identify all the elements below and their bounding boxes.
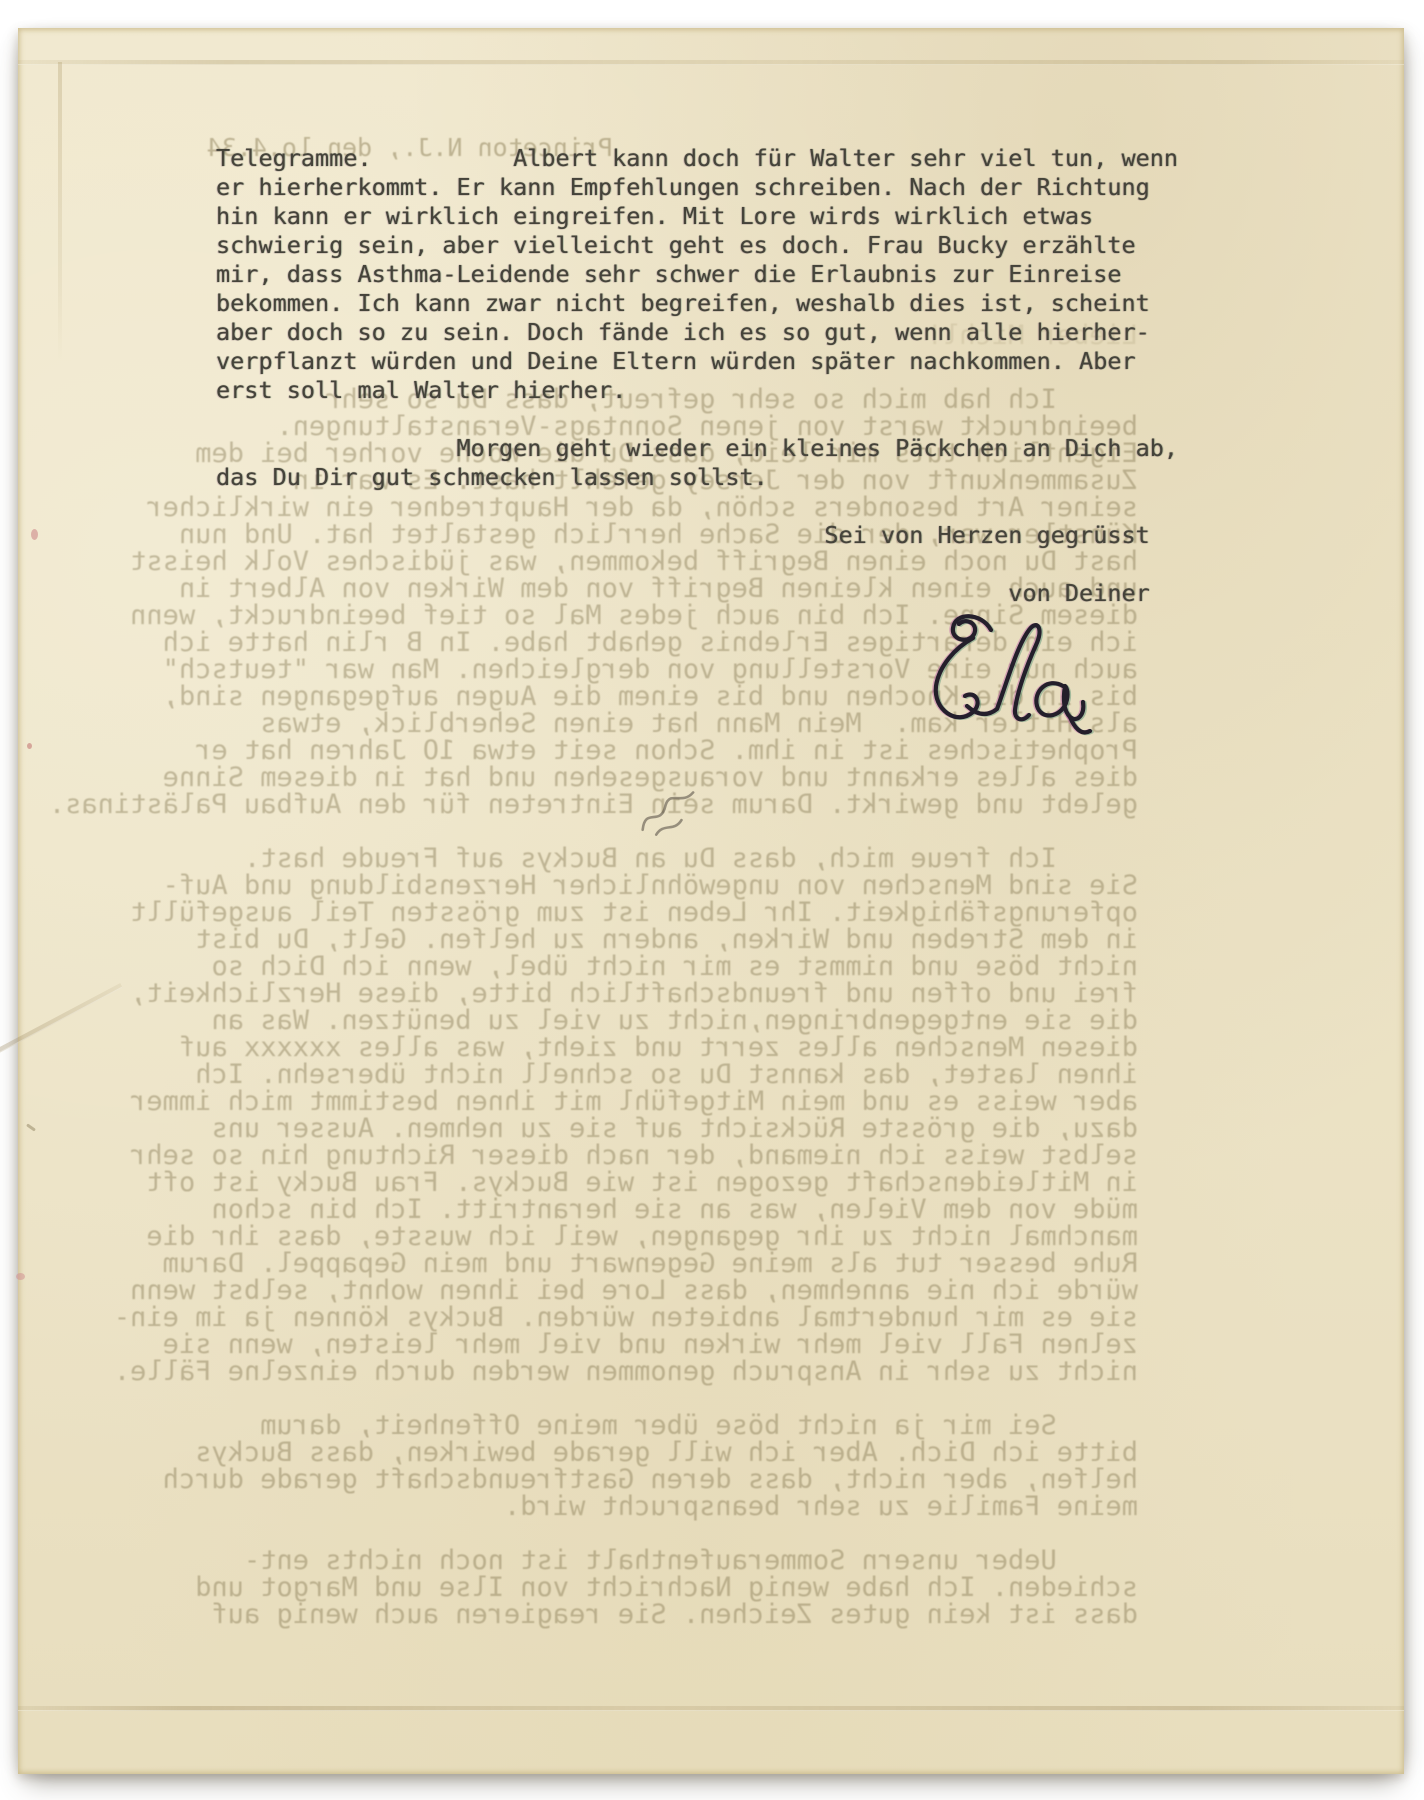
typed-line: Sei von Herzen gegrüsst: [216, 521, 1178, 550]
fold-crease-top: [18, 60, 1404, 65]
ghost-line: gelebt und gewirkt. Darum sein Eintreten…: [53, 791, 1138, 818]
ghost-line: bitte ich Dich. Aber ich will gerade bew…: [53, 1439, 1138, 1466]
ghost-line: nicht zu sehr in Anspruch genommen werde…: [53, 1358, 1138, 1385]
ghost-line: frei und offen und freundschaftlich bitt…: [53, 980, 1138, 1007]
typed-line: das Du Dir gut schmecken lassen sollst.: [216, 463, 1178, 492]
ghost-line: aber weiss es und mein Mitgefühl mit ihn…: [53, 1088, 1138, 1115]
ghost-line: nicht böse und nimmst es mir nicht übel,…: [53, 953, 1138, 980]
ghost-line: [53, 1520, 1138, 1547]
typed-line: mir, dass Asthma-Leidende sehr schwer di…: [216, 260, 1178, 289]
ghost-line: dass ist kein gutes Zeichen. Sie reagier…: [53, 1601, 1138, 1628]
typed-line: bekommen. Ich kann zwar nicht begreifen,…: [216, 289, 1178, 318]
ghost-line: in dem Streben und Wirken, andern zu hel…: [53, 926, 1138, 953]
ghost-line: dazu, die grösste Rücksicht auf sie zu n…: [53, 1115, 1138, 1142]
ghost-line: sie es mir hundertmal anbieten würden. B…: [53, 1304, 1138, 1331]
ghost-line: zelnen Fall viel mehr wirken und viel me…: [53, 1331, 1138, 1358]
ghost-line: würde ich nie annehmen, dass Lore bei ih…: [53, 1277, 1138, 1304]
ghost-line: Ueber unsern Sommeraufenthalt ist noch n…: [53, 1547, 1138, 1574]
signature-elsa: Elsa: [915, 598, 1105, 763]
typed-text-block: Telegramme. Albert kann doch für Walter …: [216, 144, 1178, 608]
typed-line: hin kann er wirklich eingreifen. Mit Lor…: [216, 202, 1178, 231]
typed-line: schwierig sein, aber vielleicht geht es …: [216, 231, 1178, 260]
fold-crease-left: [58, 62, 62, 362]
ghost-line: dies alles erkannt und vorausgesehen und…: [53, 764, 1138, 791]
typed-line: erst soll mal Walter hierher.: [216, 376, 1178, 405]
typed-line: Telegramme. Albert kann doch für Walter …: [216, 144, 1178, 173]
paper-stain: [26, 1123, 36, 1131]
typed-line: [216, 550, 1178, 579]
ghost-line: [53, 818, 1138, 845]
ghost-line: opferungsfähigkeit. Ihr Leben ist zum gr…: [53, 899, 1138, 926]
ghost-line: in Mitleidenschaft gezogen ist wie Bucky…: [53, 1169, 1138, 1196]
ghost-line: schieden. Ich habe wenig Nachricht von I…: [53, 1574, 1138, 1601]
ghost-line: die sie entgegenbringen,nicht zu viel zu…: [53, 1007, 1138, 1034]
paper-stain: [31, 529, 38, 540]
typed-line: aber doch so zu sein. Doch fände ich es …: [216, 318, 1178, 347]
ghost-line: meine Familie zu sehr beansprucht wird.: [53, 1493, 1138, 1520]
ghost-line: diesen Menschen alles zerrt und zieht, w…: [53, 1034, 1138, 1061]
ghost-line: helfen, aber nicht, dass deren Gastfreun…: [53, 1466, 1138, 1493]
paper-stain: [16, 1273, 25, 1280]
typed-line: [216, 492, 1178, 521]
letter-scan: Princeton N.J., den lo.4.34 Lieber Michl…: [0, 0, 1424, 1800]
typed-line: er hierherkommt. Er kann Empfehlungen sc…: [216, 173, 1178, 202]
paper-stain: [27, 743, 32, 749]
ghost-line: Ich freue mich, dass Du an Buckys auf Fr…: [53, 845, 1138, 872]
ghost-line: manchmal nicht zu ihr gegangen, weil ich…: [53, 1223, 1138, 1250]
ghost-line: [53, 1385, 1138, 1412]
ghost-line: ihnen lastet, das kannst Du so schnell n…: [53, 1061, 1138, 1088]
ghost-line: Ruhe besser tut als meine Gegenwart und …: [53, 1250, 1138, 1277]
typed-line: [216, 405, 1178, 434]
typed-line: verpflanzt würden und Deine Eltern würde…: [216, 347, 1178, 376]
letter-page: Princeton N.J., den lo.4.34 Lieber Michl…: [18, 28, 1404, 1774]
ghost-line: Sie sind Menschen von ungewöhnlicher Her…: [53, 872, 1138, 899]
ink-smudge: [618, 770, 728, 860]
fold-crease-bottom: [18, 1706, 1404, 1711]
ghost-line: müde von dem Vielen, was an sie herantri…: [53, 1196, 1138, 1223]
ghost-line: selbst weiss ich niemand, der nach diese…: [53, 1142, 1138, 1169]
typed-line: Morgen geht wieder ein kleines Päckchen …: [216, 434, 1178, 463]
ghost-line: Sei mir ja nicht böse über meine Offenhe…: [53, 1412, 1138, 1439]
